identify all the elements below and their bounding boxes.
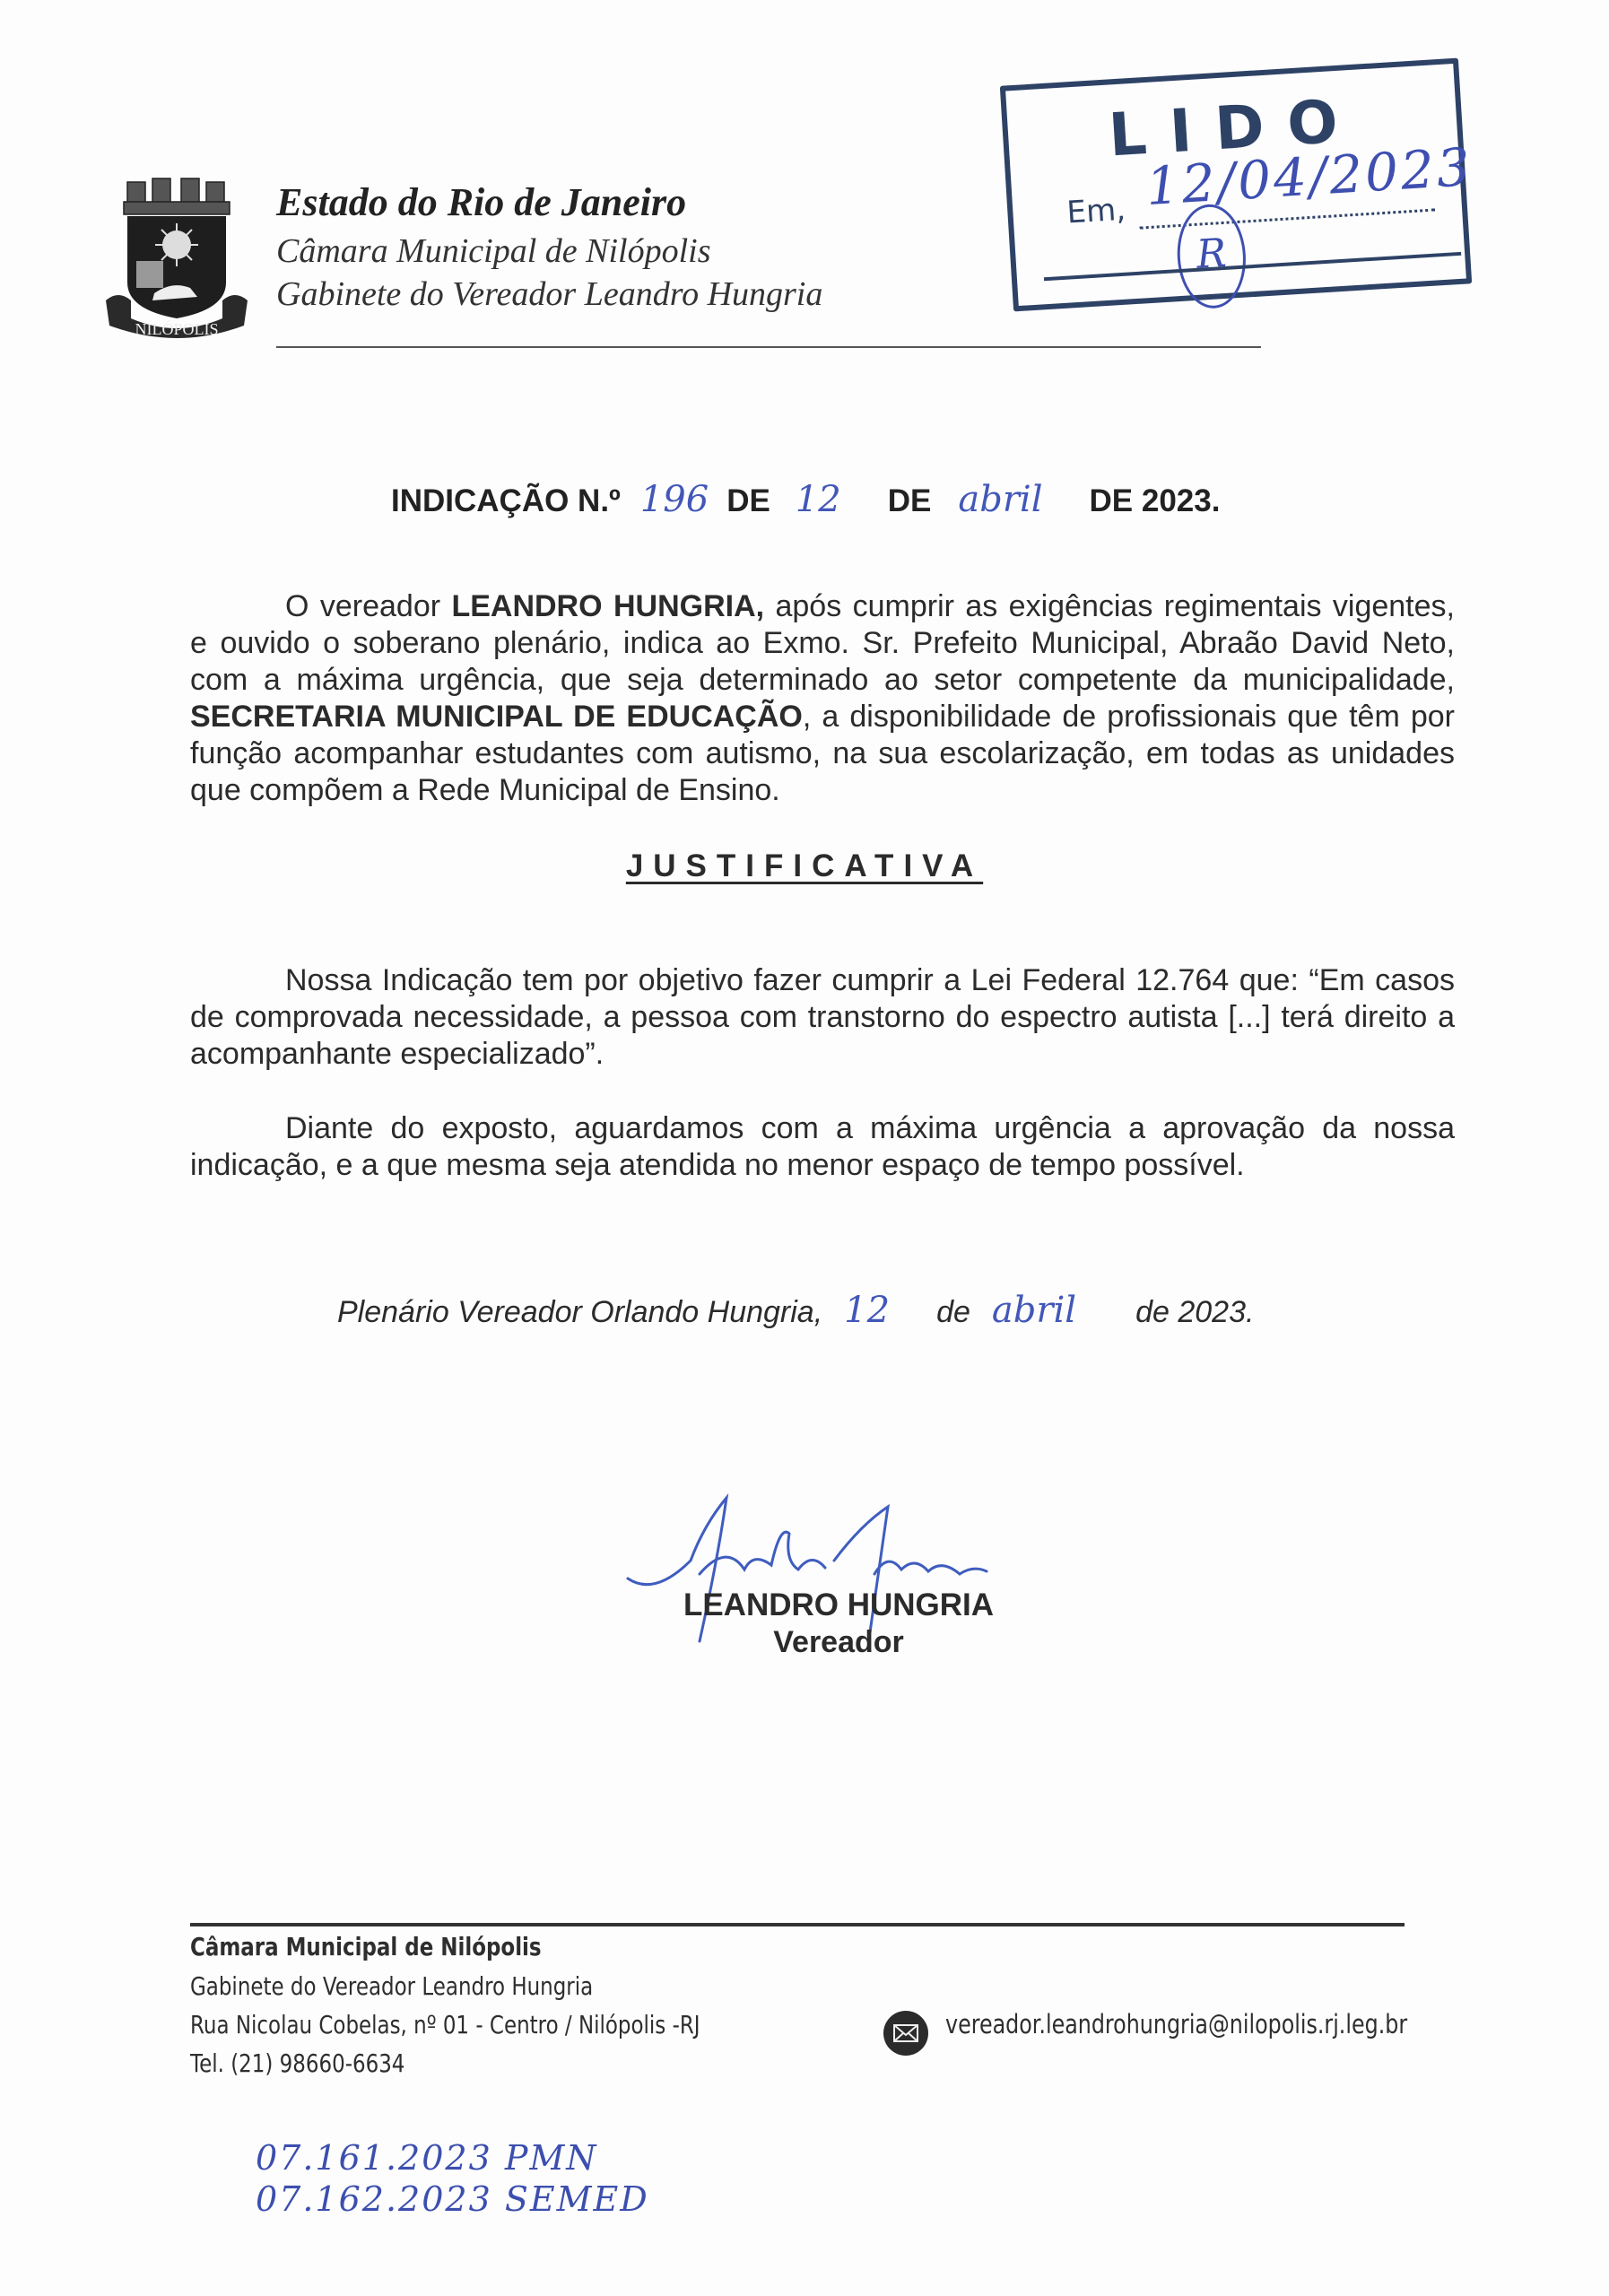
closing-de: de <box>936 1295 970 1330</box>
justification-heading: JUSTIFICATIVA <box>0 848 1609 884</box>
justification-heading-text: JUSTIFICATIVA <box>626 848 983 883</box>
paragraph-justification: Nossa Indicação tem por objetivo fazer c… <box>190 962 1455 1073</box>
stamp-initial: R <box>1174 203 1248 310</box>
municipal-crest: NILÓPOLIS <box>100 175 253 345</box>
title-number: 196 <box>640 479 709 520</box>
p3-text: Diante do exposto, aguardamos com a máxi… <box>190 1110 1455 1184</box>
stamp-inner-line <box>1044 252 1461 281</box>
closing-month: abril <box>992 1290 1076 1331</box>
title-suffix: DE 2023. <box>1090 483 1221 519</box>
department-name: SECRETARIA MUNICIPAL DE EDUCAÇÃO <box>190 700 803 734</box>
letterhead-chamber: Câmara Municipal de Nilópolis <box>276 231 711 271</box>
title-de-2: DE <box>888 483 932 519</box>
letterhead-state: Estado do Rio de Janeiro <box>276 179 686 225</box>
svg-text:NILÓPOLIS: NILÓPOLIS <box>135 319 219 338</box>
p2-text: Nossa Indicação tem por objetivo fazer c… <box>190 962 1455 1073</box>
footer-office: Gabinete do Vereador Leandro Hungria <box>190 1971 593 2001</box>
read-stamp: LIDO Em, 12/04/2023 R <box>1000 58 1472 312</box>
protocol-note: 07.162.2023 SEMED <box>256 2179 649 2219</box>
title-de-1: DE <box>726 483 770 519</box>
footer-divider <box>190 1923 1405 1926</box>
closing-year: de 2023. <box>1135 1295 1254 1330</box>
footer-address: Rua Nicolau Cobelas, nº 01 - Centro / Ni… <box>190 2010 700 2039</box>
letterhead-office: Gabinete do Vereador Leandro Hungria <box>276 274 822 314</box>
p1-intro: O vereador <box>285 589 451 623</box>
crest-icon: NILÓPOLIS <box>100 175 253 345</box>
protocol-note: 07.161.2023 PMN <box>256 2138 598 2178</box>
councilor-name: LEANDRO HUNGRIA, <box>451 589 764 623</box>
title-day: 12 <box>796 479 841 520</box>
closing-day: 12 <box>844 1290 890 1331</box>
closing-date-line: Plenário Vereador Orlando Hungria, 12 de… <box>337 1290 1254 1331</box>
title-month: abril <box>958 479 1042 520</box>
title-prefix: INDICAÇÃO N.º <box>391 483 621 519</box>
signatory-role: Vereador <box>0 1625 1609 1660</box>
signatory-name: LEANDRO HUNGRIA <box>0 1587 1609 1623</box>
stamp-date-prefix: Em, <box>1065 192 1126 231</box>
footer-org: Câmara Municipal de Nilópolis <box>190 1932 542 1961</box>
paragraph-conclusion: Diante do exposto, aguardamos com a máxi… <box>190 1110 1455 1184</box>
paragraph-request: O vereador LEANDRO HUNGRIA, após cumprir… <box>190 588 1455 809</box>
footer-email: vereador.leandrohungria@nilopolis.rj.leg… <box>945 2009 1407 2039</box>
footer-phone: Tel. (21) 98660-6634 <box>190 2048 404 2078</box>
closing-place: Plenário Vereador Orlando Hungria, <box>337 1295 822 1330</box>
letterhead-divider <box>276 346 1261 348</box>
document-title: INDICAÇÃO N.º 196 DE 12 DE abril DE 2023… <box>391 479 1220 520</box>
envelope-icon <box>883 2011 928 2056</box>
